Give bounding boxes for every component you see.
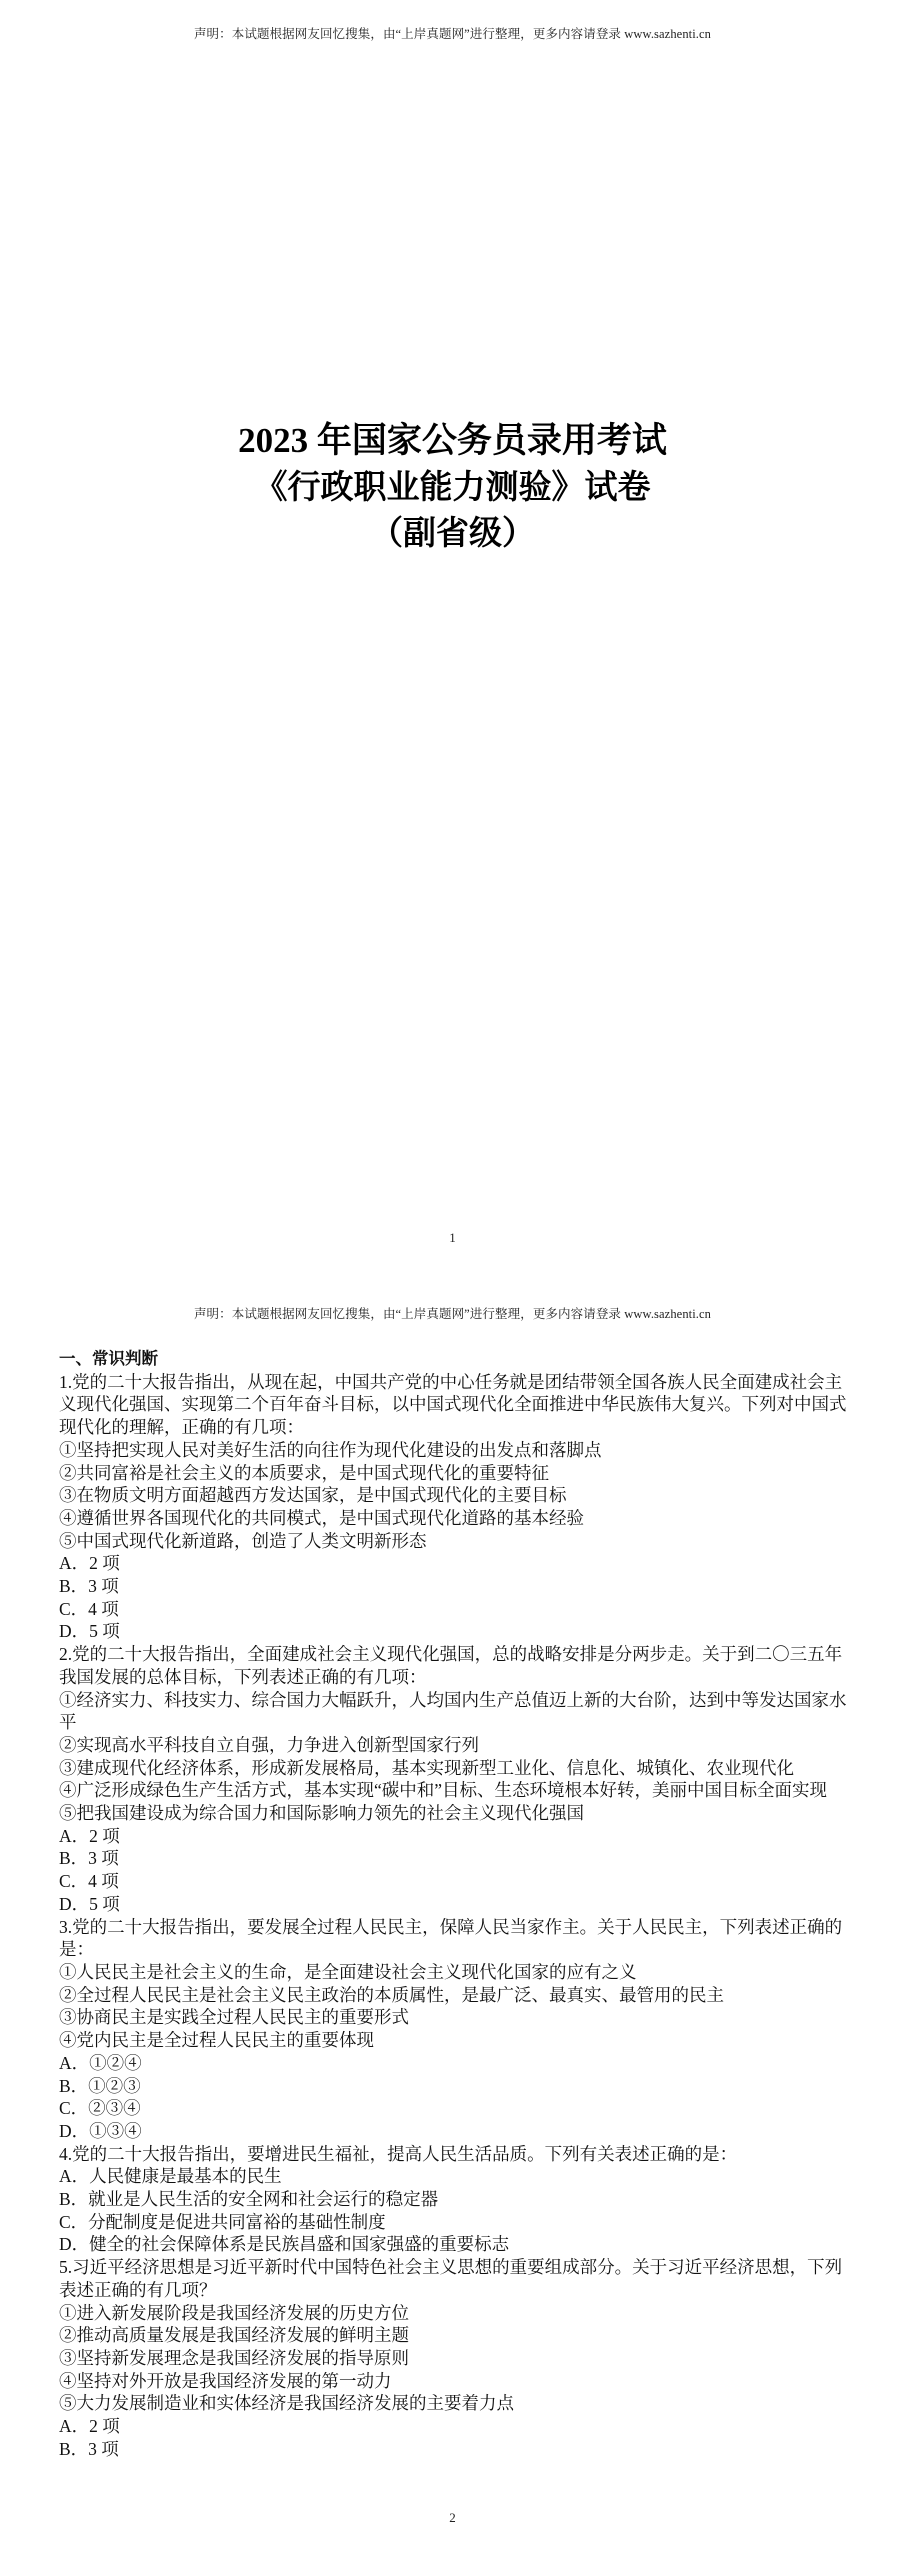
document-page-1: 声明：本试题根据网友回忆搜集，由“上岸真题网”进行整理，更多内容请登录 www.… — [0, 0, 905, 1280]
question-1: 1.党的二十大报告指出，从现在起，中国共产党的中心任务就是团结带领全国各族人民全… — [59, 1371, 859, 1643]
statement: ④党内民主是全过程人民民主的重要体现 — [59, 2029, 859, 2052]
question-stem: 3.党的二十大报告指出，要发展全过程人民民主，保障人民当家作主。关于人民民主，下… — [59, 1916, 859, 1961]
option-a: A．2 项 — [59, 2415, 859, 2438]
question-3: 3.党的二十大报告指出，要发展全过程人民民主，保障人民当家作主。关于人民民主，下… — [59, 1916, 859, 2143]
page-number: 1 — [0, 1230, 905, 1246]
statement: ③在物质文明方面超越西方发达国家，是中国式现代化的主要目标 — [59, 1484, 859, 1507]
statement: ①坚持把实现人民对美好生活的向往作为现代化建设的出发点和落脚点 — [59, 1439, 859, 1462]
question-4: 4.党的二十大报告指出，要增进民生福祉，提高人民生活品质。下列有关表述正确的是：… — [59, 2143, 859, 2257]
title-line-year: 2023 年国家公务员录用考试 — [0, 418, 905, 464]
option-c: C．4 项 — [59, 1598, 859, 1621]
option-b: B．①②③ — [59, 2075, 859, 2098]
statement: ①进入新发展阶段是我国经济发展的历史方位 — [59, 2302, 859, 2325]
statement: ⑤中国式现代化新道路，创造了人类文明新形态 — [59, 1530, 859, 1553]
option-b: B．就业是人民生活的安全网和社会运行的稳定器 — [59, 2188, 859, 2211]
statement: ①经济实力、科技实力、综合国力大幅跃升，人均国内生产总值迈上新的大台阶，达到中等… — [59, 1689, 859, 1734]
option-b: B．3 项 — [59, 1847, 859, 1870]
question-stem: 1.党的二十大报告指出，从现在起，中国共产党的中心任务就是团结带领全国各族人民全… — [59, 1371, 859, 1439]
title-line-subject: 《行政职业能力测验》试卷 — [0, 464, 905, 510]
statement: ②实现高水平科技自立自强，力争进入创新型国家行列 — [59, 1734, 859, 1757]
page-header-disclaimer: 声明：本试题根据网友回忆搜集，由“上岸真题网”进行整理，更多内容请登录 www.… — [0, 1304, 905, 1322]
statement: ⑤大力发展制造业和实体经济是我国经济发展的主要着力点 — [59, 2392, 859, 2415]
statement: ③建成现代化经济体系，形成新发展格局，基本实现新型工业化、信息化、城镇化、农业现… — [59, 1757, 859, 1780]
statement: ④坚持对外开放是我国经济发展的第一动力 — [59, 2370, 859, 2393]
page-content: 一、常识判断 1.党的二十大报告指出，从现在起，中国共产党的中心任务就是团结带领… — [59, 1348, 859, 2460]
statement: ③坚持新发展理念是我国经济发展的指导原则 — [59, 2347, 859, 2370]
statement: ①人民民主是社会主义的生命，是全面建设社会主义现代化国家的应有之义 — [59, 1961, 859, 1984]
option-a: A．2 项 — [59, 1552, 859, 1575]
option-a: A．人民健康是最基本的民生 — [59, 2165, 859, 2188]
option-d: D．5 项 — [59, 1620, 859, 1643]
option-b: B．3 项 — [59, 2438, 859, 2461]
option-d: D．5 项 — [59, 1893, 859, 1916]
question-2: 2.党的二十大报告指出，全面建成社会主义现代化强国，总的战略安排是分两步走。关于… — [59, 1643, 859, 1915]
statement: ②共同富裕是社会主义的本质要求，是中国式现代化的重要特征 — [59, 1462, 859, 1485]
question-stem: 4.党的二十大报告指出，要增进民生福祉，提高人民生活品质。下列有关表述正确的是： — [59, 2143, 859, 2166]
statement: ⑤把我国建设成为综合国力和国际影响力领先的社会主义现代化强国 — [59, 1802, 859, 1825]
option-a: A．2 项 — [59, 1825, 859, 1848]
page-number: 2 — [0, 2510, 905, 2526]
question-5: 5.习近平经济思想是习近平新时代中国特色社会主义思想的重要组成部分。关于习近平经… — [59, 2256, 859, 2460]
document-page-2: 声明：本试题根据网友回忆搜集，由“上岸真题网”进行整理，更多内容请登录 www.… — [0, 1280, 905, 2560]
option-d: D．健全的社会保障体系是民族昌盛和国家强盛的重要标志 — [59, 2233, 859, 2256]
statement: ②全过程人民民主是社会主义民主政治的本质属性，是最广泛、最真实、最管用的民主 — [59, 1984, 859, 2007]
question-stem: 5.习近平经济思想是习近平新时代中国特色社会主义思想的重要组成部分。关于习近平经… — [59, 2256, 859, 2301]
option-a: A．①②④ — [59, 2052, 859, 2075]
statement: ②推动高质量发展是我国经济发展的鲜明主题 — [59, 2324, 859, 2347]
page-header-disclaimer: 声明：本试题根据网友回忆搜集，由“上岸真题网”进行整理，更多内容请登录 www.… — [0, 24, 905, 42]
section-heading: 一、常识判断 — [59, 1348, 859, 1371]
option-c: C．②③④ — [59, 2097, 859, 2120]
statement: ④遵循世界各国现代化的共同模式，是中国式现代化道路的基本经验 — [59, 1507, 859, 1530]
title-line-level: （副省级） — [0, 510, 905, 556]
option-d: D．①③④ — [59, 2120, 859, 2143]
option-b: B．3 项 — [59, 1575, 859, 1598]
statement: ③协商民主是实践全过程人民民主的重要形式 — [59, 2006, 859, 2029]
option-c: C．分配制度是促进共同富裕的基础性制度 — [59, 2211, 859, 2234]
question-stem: 2.党的二十大报告指出，全面建成社会主义现代化强国，总的战略安排是分两步走。关于… — [59, 1643, 859, 1688]
statement: ④广泛形成绿色生产生活方式，基本实现“碳中和”目标、生态环境根本好转，美丽中国目… — [59, 1779, 859, 1802]
option-c: C．4 项 — [59, 1870, 859, 1893]
exam-title: 2023 年国家公务员录用考试 《行政职业能力测验》试卷 （副省级） — [0, 418, 905, 556]
